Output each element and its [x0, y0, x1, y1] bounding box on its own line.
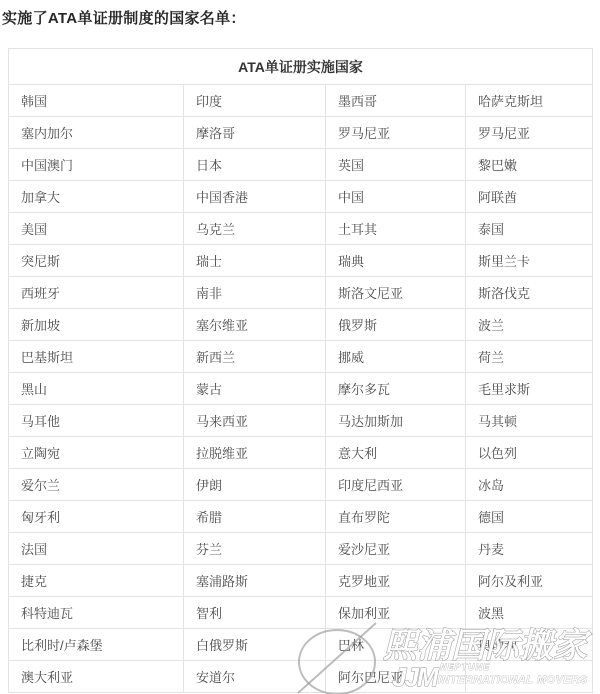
- country-cell: 伊朗: [184, 469, 326, 501]
- country-cell: 黑山: [9, 373, 184, 405]
- country-cell: 斯洛文尼亚: [326, 277, 466, 309]
- country-cell: 立陶宛: [9, 437, 184, 469]
- country-cell: 新加坡: [9, 309, 184, 341]
- table-row: 法国芬兰爱沙尼亚丹麦: [9, 533, 593, 565]
- country-cell: 日本: [184, 149, 326, 181]
- country-cell: 爱沙尼亚: [326, 533, 466, 565]
- country-cell: 安道尔: [184, 661, 326, 693]
- country-cell: 科特迪瓦: [9, 597, 184, 629]
- country-cell: 斯里兰卡: [466, 245, 593, 277]
- table-row: 澳大利亚安道尔阿尔巴尼亚: [9, 661, 593, 693]
- country-cell: 毛里求斯: [466, 373, 593, 405]
- country-cell: 中国香港: [184, 181, 326, 213]
- country-cell: 摩洛哥: [184, 117, 326, 149]
- country-cell: 希腊: [184, 501, 326, 533]
- country-cell: 瑞士: [184, 245, 326, 277]
- table-row: 塞内加尔摩洛哥罗马尼亚罗马尼亚: [9, 117, 593, 149]
- country-cell: 波兰: [466, 309, 593, 341]
- table-row: 匈牙利希腊直布罗陀德国: [9, 501, 593, 533]
- country-cell: 南非: [184, 277, 326, 309]
- country-cell: 白俄罗斯: [184, 629, 326, 661]
- country-cell: 智利: [184, 597, 326, 629]
- table-row: 西班牙南非斯洛文尼亚斯洛伐克: [9, 277, 593, 309]
- table-row: 巴基斯坦新西兰挪威荷兰: [9, 341, 593, 373]
- country-cell: 马达加斯加: [326, 405, 466, 437]
- country-cell: 摩尔多瓦: [326, 373, 466, 405]
- country-cell: 西班牙: [9, 277, 184, 309]
- country-cell: 克罗地亚: [326, 565, 466, 597]
- country-cell: 阿尔及利亚: [466, 565, 593, 597]
- country-cell: 丹麦: [466, 533, 593, 565]
- country-cell: 阿联酋: [466, 181, 593, 213]
- ata-country-table: ATA单证册实施国家 韩国印度墨西哥哈萨克斯坦塞内加尔摩洛哥罗马尼亚罗马尼亚中国…: [8, 48, 593, 693]
- page-title: 实施了ATA单证册制度的国家名单：: [0, 0, 600, 28]
- country-cell: 印度尼西亚: [326, 469, 466, 501]
- country-cell: 芬兰: [184, 533, 326, 565]
- country-cell: 英国: [326, 149, 466, 181]
- table-row: 马耳他马来西亚马达加斯加马其顿: [9, 405, 593, 437]
- country-cell: 泰国: [466, 213, 593, 245]
- country-cell: 挪威: [326, 341, 466, 373]
- country-cell: 蒙古: [184, 373, 326, 405]
- country-cell: 法国: [9, 533, 184, 565]
- country-cell: 荷兰: [466, 341, 593, 373]
- country-cell: [466, 661, 593, 693]
- country-cell: 罗马尼亚: [466, 117, 593, 149]
- country-cell: 韩国: [9, 85, 184, 117]
- country-cell: 塞浦路斯: [184, 565, 326, 597]
- country-cell: 保加利亚: [326, 597, 466, 629]
- country-cell: 匈牙利: [9, 501, 184, 533]
- country-cell: 中国: [326, 181, 466, 213]
- table-row: 加拿大中国香港中国阿联酋: [9, 181, 593, 213]
- country-cell: 哈萨克斯坦: [466, 85, 593, 117]
- country-cell: 捷克: [9, 565, 184, 597]
- country-cell: 直布罗陀: [326, 501, 466, 533]
- country-cell: 乌克兰: [184, 213, 326, 245]
- table-row: 中国澳门日本英国黎巴嫩: [9, 149, 593, 181]
- country-cell: 冰岛: [466, 469, 593, 501]
- table-row: 韩国印度墨西哥哈萨克斯坦: [9, 85, 593, 117]
- country-cell: 瑞典: [326, 245, 466, 277]
- country-table-body: 韩国印度墨西哥哈萨克斯坦塞内加尔摩洛哥罗马尼亚罗马尼亚中国澳门日本英国黎巴嫩加拿…: [9, 85, 593, 693]
- country-cell: 土耳其: [326, 213, 466, 245]
- page: 实施了ATA单证册制度的国家名单： ATA单证册实施国家 韩国印度墨西哥哈萨克斯…: [0, 0, 600, 694]
- table-row: 美国乌克兰土耳其泰国: [9, 213, 593, 245]
- country-cell: 塞尔维亚: [184, 309, 326, 341]
- country-cell: 奥地利: [466, 629, 593, 661]
- country-cell: 巴基斯坦: [9, 341, 184, 373]
- country-cell: 美国: [9, 213, 184, 245]
- country-cell: 比利时/卢森堡: [9, 629, 184, 661]
- table-row: 科特迪瓦智利保加利亚波黑: [9, 597, 593, 629]
- table-row: 比利时/卢森堡白俄罗斯巴林奥地利: [9, 629, 593, 661]
- table-header-title: ATA单证册实施国家: [9, 49, 593, 85]
- country-cell: 塞内加尔: [9, 117, 184, 149]
- country-cell: 阿尔巴尼亚: [326, 661, 466, 693]
- table-header-row: ATA单证册实施国家: [9, 49, 593, 85]
- country-cell: 马来西亚: [184, 405, 326, 437]
- country-cell: 加拿大: [9, 181, 184, 213]
- table-row: 立陶宛拉脱维亚意大利以色列: [9, 437, 593, 469]
- table-row: 新加坡塞尔维亚俄罗斯波兰: [9, 309, 593, 341]
- table-row: 捷克塞浦路斯克罗地亚阿尔及利亚: [9, 565, 593, 597]
- country-cell: 突尼斯: [9, 245, 184, 277]
- country-cell: 德国: [466, 501, 593, 533]
- country-cell: 新西兰: [184, 341, 326, 373]
- country-cell: 马其顿: [466, 405, 593, 437]
- country-cell: 斯洛伐克: [466, 277, 593, 309]
- country-cell: 意大利: [326, 437, 466, 469]
- country-cell: 波黑: [466, 597, 593, 629]
- table-row: 爱尔兰伊朗印度尼西亚冰岛: [9, 469, 593, 501]
- country-cell: 爱尔兰: [9, 469, 184, 501]
- country-cell: 俄罗斯: [326, 309, 466, 341]
- table-row: 黑山蒙古摩尔多瓦毛里求斯: [9, 373, 593, 405]
- country-cell: 黎巴嫩: [466, 149, 593, 181]
- country-cell: 印度: [184, 85, 326, 117]
- country-cell: 罗马尼亚: [326, 117, 466, 149]
- country-cell: 墨西哥: [326, 85, 466, 117]
- table-row: 突尼斯瑞士瑞典斯里兰卡: [9, 245, 593, 277]
- country-cell: 马耳他: [9, 405, 184, 437]
- country-cell: 澳大利亚: [9, 661, 184, 693]
- country-cell: 中国澳门: [9, 149, 184, 181]
- country-cell: 拉脱维亚: [184, 437, 326, 469]
- country-cell: 以色列: [466, 437, 593, 469]
- country-cell: 巴林: [326, 629, 466, 661]
